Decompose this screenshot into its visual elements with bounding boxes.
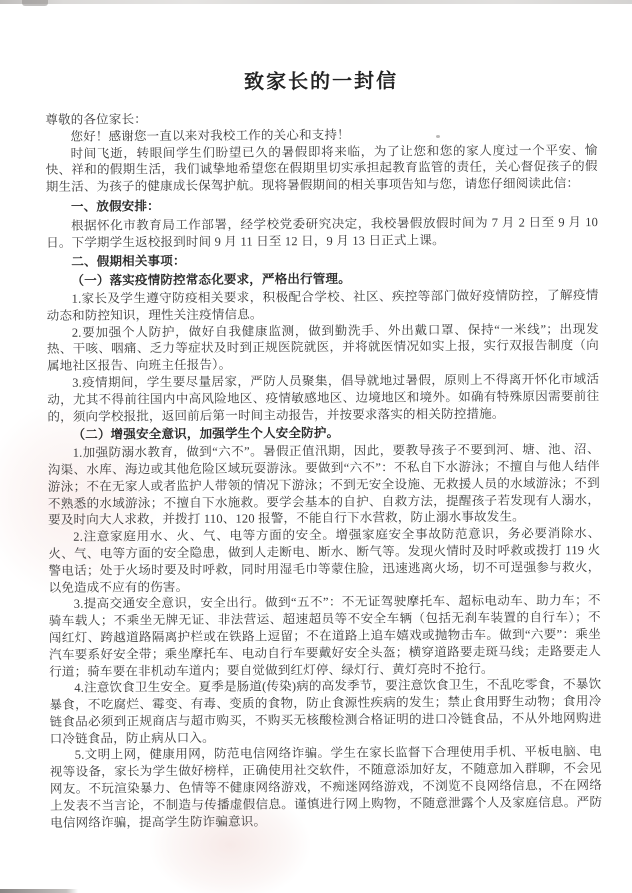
list-item: 4.注意饮食卫生安全。夏季是肠道(传染)病的高发季节，要注意饮食卫生，不乱吃零食… [49,676,601,747]
list-item: 3.疫情期间，学生要尽量居家，严防人员聚集，倡导就地过暑假，原则上不得离开怀化市… [47,371,599,425]
list-item: 5.文明上网，健康用网，防范电信网络诈骗。学生在家长监督下合理使用手机、平板电脑… [50,744,603,832]
list-item: 2.要加强个人防护，做好自我健康监测，做到勤洗手、外出戴口罩、保持“一米线”；出… [47,321,599,375]
list-item: 3.提高交通安全意识，安全出行。做到“五不”：不无证驾驶摩托车、超标电动车、助力… [49,592,602,680]
list-item: 1.家长及学生遵守防疫相关要求，积极配合学校、社区、疾控等部门做好疫情防控，了解… [47,287,599,324]
section-heading-holiday-matters: 二、假期相关事项： [46,250,598,271]
scan-bottom-edge-artifact [0,889,78,893]
intro-paragraph: 时间飞逝，转眼间学生们盼望已久的暑假即将来临，为了让您和您的家人度过一个平安、愉… [46,142,598,196]
list-item: 2.注意家庭用水、火、气、电等方面的安全。增强家庭安全事故防范意识，务必要消除水… [48,525,600,596]
section-heading-holiday-arrangement: 一、放假安排： [46,195,598,216]
scan-top-edge-dark-artifact [22,0,48,6]
section-body-holiday-arrangement: 根据怀化市教育局工作部署，经学校党委研究决定，我校暑假放假时间为 7 月 2 日… [46,214,598,251]
scanned-letter-page: 致家长的一封信 尊敬的各位家长： 您好！感谢您一直以来对我校工作的关心和支持！ … [0,0,632,893]
scan-top-edge-artifact [0,0,632,4]
page-title: 致家长的一封信 [45,68,597,96]
list-item: 1.加强防溺水教育，做到“六不”。暑假正值汛期，因此，要教导孩子不要到河、塘、池… [48,441,601,529]
letter-body: 致家长的一封信 尊敬的各位家长： 您好！感谢您一直以来对我校工作的关心和支持！ … [45,68,602,831]
